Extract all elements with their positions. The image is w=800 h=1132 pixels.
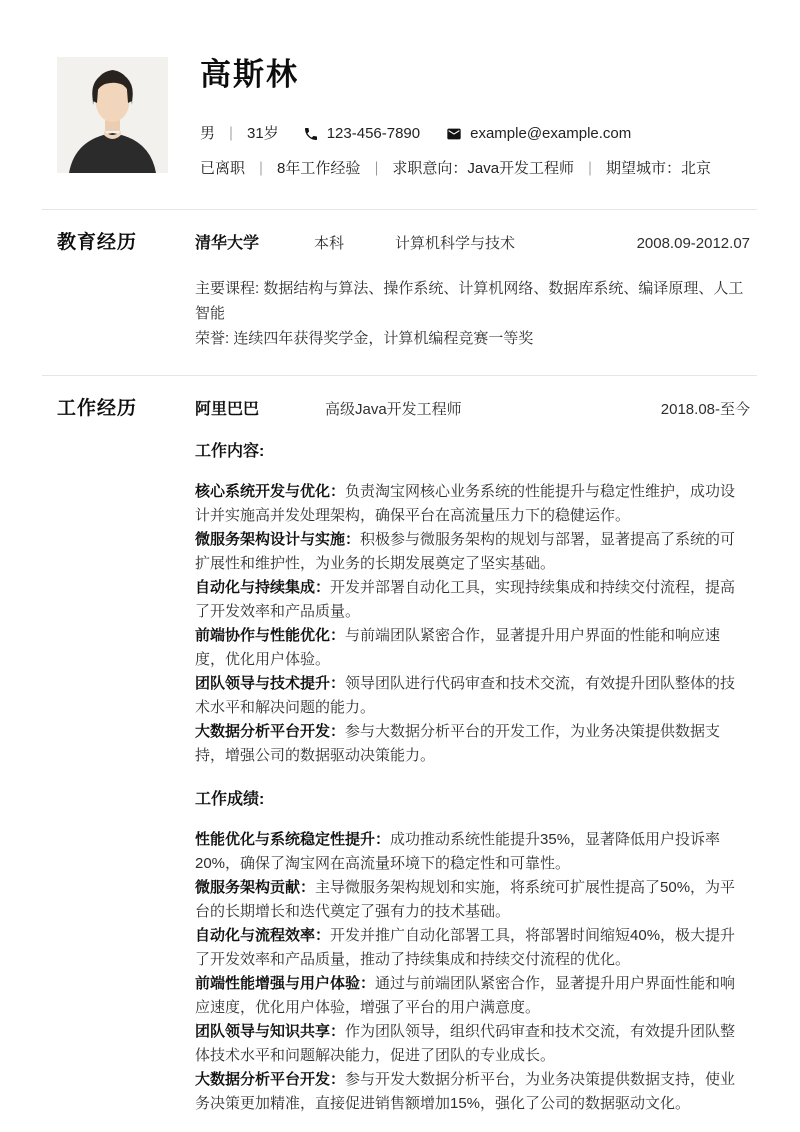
education-section: 教育经历 清华大学 本科 计算机科学与技术 2008.09-2012.07 主要…: [42, 209, 757, 375]
education-period: 2008.09-2012.07: [637, 234, 750, 254]
education-section-side: 教育经历: [42, 210, 195, 375]
separator-bar: ｜: [254, 159, 268, 179]
work-achievement-item: 前端性能增强与用户体验：通过与前端团队紧密合作，显著提升用户界面性能和响应速度，…: [195, 972, 750, 1020]
work-achievement-item: 微服务架构贡献：主导微服务架构规划和实施，将系统可扩展性提高了50%，为平台的长…: [195, 876, 750, 924]
work-content-item: 微服务架构设计与实施：积极参与微服务架构的规划与部署，显著提高了系统的可扩展性和…: [195, 528, 750, 576]
work-content-item: 前端协作与性能优化：与前端团队紧密合作，显著提升用户界面的性能和响应速度，优化用…: [195, 624, 750, 672]
profile-photo-image: [57, 57, 168, 173]
work-section: 工作经历 阿里巴巴 高级Java开发工程师 2018.08-至今 工作内容: 核…: [42, 375, 757, 1116]
degree: 本科: [314, 234, 395, 254]
work-period: 2018.08-至今: [661, 400, 750, 420]
work-content-list: 核心系统开发与优化：负责淘宝网核心业务系统的性能提升与稳定性维护，成功设计并实施…: [195, 480, 750, 768]
work-section-body: 阿里巴巴 高级Java开发工程师 2018.08-至今 工作内容: 核心系统开发…: [195, 376, 757, 1116]
work-achievement-list: 性能优化与系统稳定性提升：成功推动系统性能提升35%，显著降低用户投诉率20%，…: [195, 828, 750, 1116]
company-name: 阿里巴巴: [195, 400, 325, 420]
resume-header: 高斯林 男 ｜ 31岁 123-456-7890 example@example…: [0, 0, 800, 179]
education-section-body: 清华大学 本科 计算机科学与技术 2008.09-2012.07 主要课程: 数…: [195, 210, 757, 375]
education-details: 主要课程: 数据结构与算法、操作系统、计算机网络、数据库系统、编译原理、人工智能…: [195, 276, 750, 351]
phone-icon: [303, 126, 319, 142]
mail-icon: [446, 126, 462, 142]
work-achievement-item: 性能优化与系统稳定性提升：成功推动系统性能提升35%，显著降低用户投诉率20%，…: [195, 828, 750, 876]
header-main: 高斯林 男 ｜ 31岁 123-456-7890 example@example…: [200, 57, 756, 179]
work-content-item: 大数据分析平台开发：参与大数据分析平台的开发工作，为业务决策提供数据支持，增强公…: [195, 720, 750, 768]
job-position: 高级Java开发工程师: [325, 400, 462, 420]
work-achievement-item: 自动化与流程效率：开发并推广自动化部署工具，将部署时间缩短40%，极大提升了开发…: [195, 924, 750, 972]
status-employment: 已离职: [200, 159, 245, 179]
status-experience: 8年工作经验: [277, 159, 360, 179]
age-value: 31岁: [247, 124, 279, 144]
email-address: example@example.com: [470, 124, 631, 144]
contact-row: 男 ｜ 31岁 123-456-7890 example@example.com: [200, 124, 756, 144]
resume-page: 高斯林 男 ｜ 31岁 123-456-7890 example@example…: [0, 0, 800, 1132]
work-achievement-item: 大数据分析平台开发：参与开发大数据分析平台，为业务决策提供数据支持，使业务决策更…: [195, 1068, 750, 1116]
education-courses: 主要课程: 数据结构与算法、操作系统、计算机网络、数据库系统、编译原理、人工智能: [195, 276, 750, 326]
work-content-item: 自动化与持续集成：开发并部署自动化工具，实现持续集成和持续交付流程，提高了开发效…: [195, 576, 750, 624]
education-section-title: 教育经历: [57, 232, 195, 254]
work-content-heading: 工作内容:: [195, 440, 750, 464]
separator-bar: ｜: [224, 124, 238, 144]
work-section-title: 工作经历: [57, 398, 195, 420]
gender-value: 男: [200, 124, 215, 144]
major: 计算机科学与技术: [395, 234, 515, 254]
education-honors: 荣誉: 连续四年获得奖学金，计算机编程竞赛一等奖: [195, 326, 750, 351]
separator-bar: ｜: [583, 159, 597, 179]
status-job-intention: 求职意向：Java开发工程师: [392, 159, 574, 179]
work-content-item: 核心系统开发与优化：负责淘宝网核心业务系统的性能提升与稳定性维护，成功设计并实施…: [195, 480, 750, 528]
work-achievement-heading: 工作成绩:: [195, 788, 750, 812]
work-achievement-item: 团队领导与知识共享：作为团队领导，组织代码审查和技术交流，有效提升团队整体技术水…: [195, 1020, 750, 1068]
separator-bar: ｜: [369, 159, 383, 179]
candidate-name: 高斯林: [200, 57, 756, 93]
phone-number: 123-456-7890: [327, 124, 420, 144]
education-entry-row: 清华大学 本科 计算机科学与技术 2008.09-2012.07: [195, 234, 750, 254]
status-expected-city: 期望城市：北京: [606, 159, 711, 179]
work-entry-row: 阿里巴巴 高级Java开发工程师 2018.08-至今: [195, 400, 750, 420]
school-name: 清华大学: [195, 234, 314, 254]
status-row: 已离职 ｜ 8年工作经验 ｜ 求职意向：Java开发工程师 ｜ 期望城市：北京: [200, 159, 756, 179]
work-section-side: 工作经历: [42, 376, 195, 1116]
profile-photo: [57, 57, 168, 173]
work-content-item: 团队领导与技术提升：领导团队进行代码审查和技术交流，有效提升团队整体的技术水平和…: [195, 672, 750, 720]
